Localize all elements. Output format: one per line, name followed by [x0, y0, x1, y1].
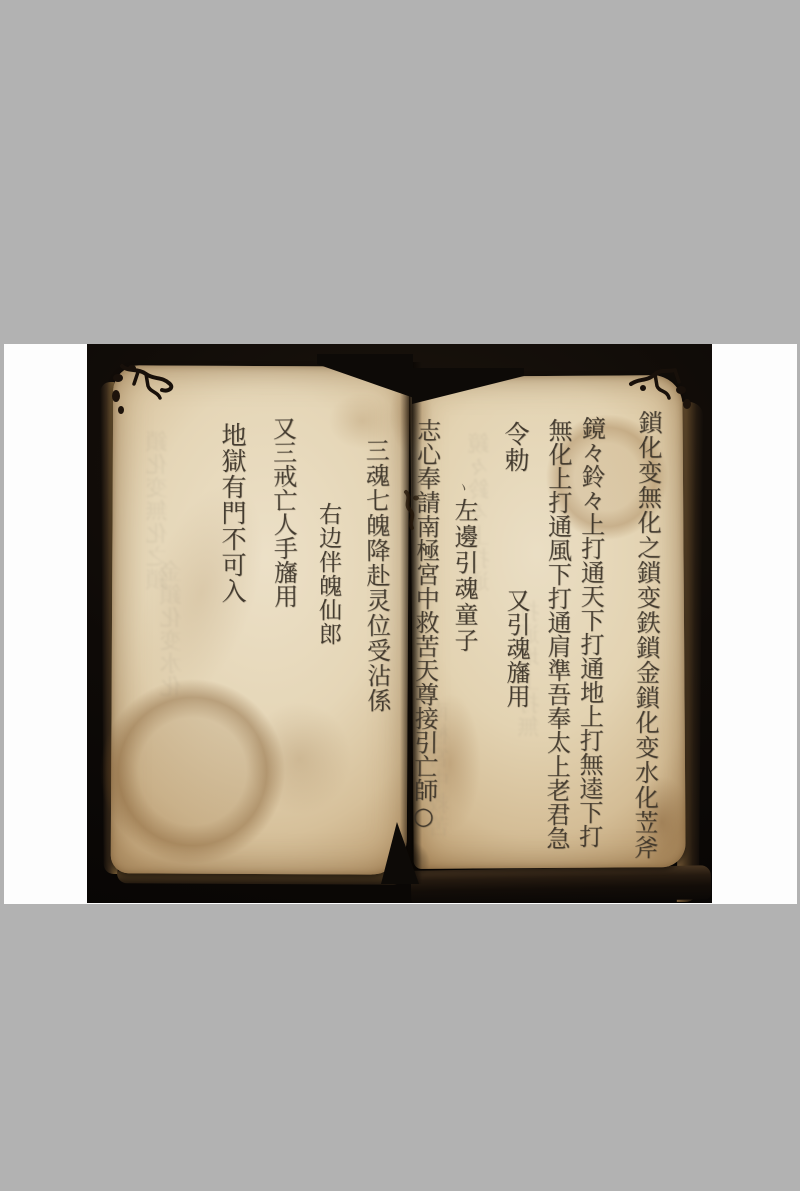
lower-cover-edge	[411, 865, 712, 903]
text-column-8: 三魂七魄降赴灵位受沾係	[363, 438, 389, 713]
screenshot-root: 鎖化变無化之鎖 金鎖化变水化 鏡々鈴々上打通 打通地上打無 南極宮中救苦 鎖化变…	[0, 0, 800, 1191]
text-column-10: 又三戒亡人手旛用	[270, 416, 296, 608]
text-column-6: 志心奉請南極宮中救苦天尊接引亡師○	[411, 418, 439, 830]
text-column-4: 令勅	[503, 421, 528, 473]
text-column-1: 鎖化变無化之鎖变鉄鎖金鎖化变水化苙斧	[632, 410, 661, 860]
text-column-7: 左邊引魂童子	[452, 498, 476, 654]
text-column-5: 又引魂旛用	[504, 588, 528, 708]
text-column-2: 鏡々鈴々上打通天下打通地上打無逵下打	[576, 416, 603, 848]
text-column-9: 右边伴魄仙郎	[316, 502, 339, 646]
text-column-11: 地獄有門不可入	[220, 422, 245, 604]
manuscript-photo: 鎖化变無化之鎖 金鎖化变水化 鏡々鈴々上打通 打通地上打無 南極宮中救苦 鎖化变…	[87, 344, 712, 903]
text-column-3: 無化上打通風下打通肩準吾奉太上老君急	[544, 418, 570, 850]
